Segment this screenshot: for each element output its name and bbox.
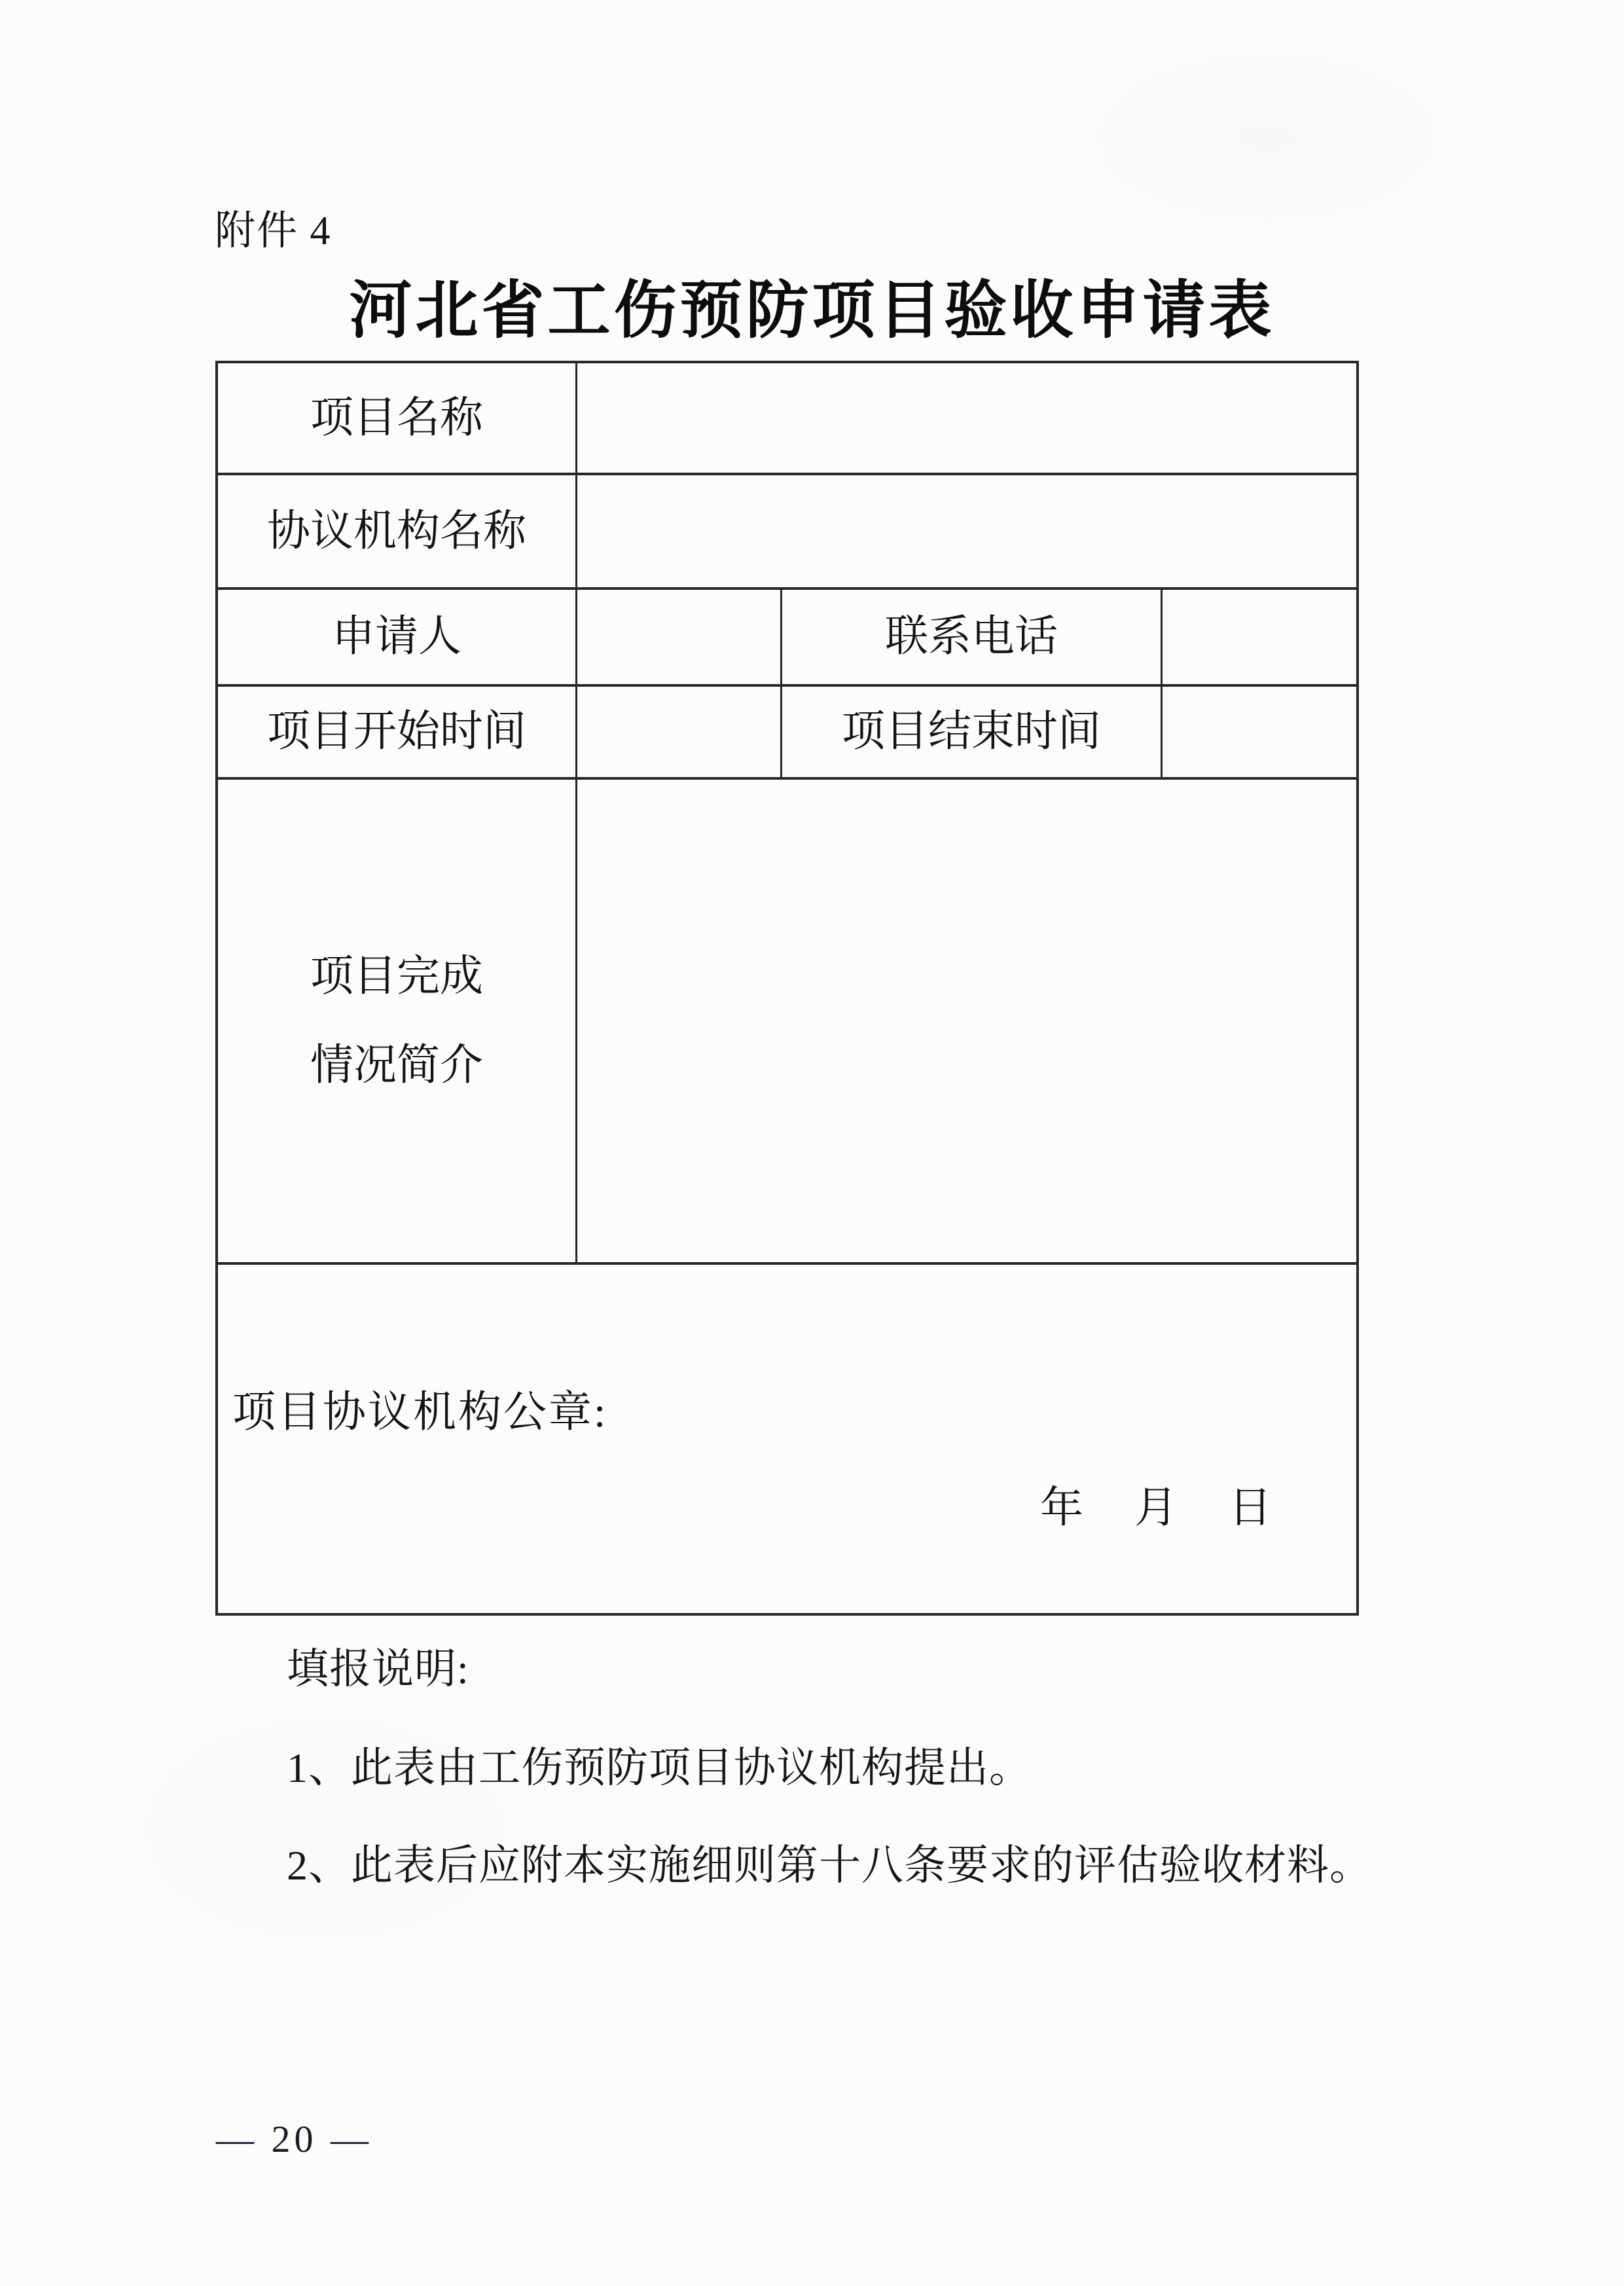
project-completion-summary-value-cell <box>577 780 1356 1265</box>
filling-instruction-item-1: 1、此表由工伤预防项目协议机构提出。 <box>287 1743 1386 1794</box>
seal-label: 项目协议机构公章: <box>232 1387 607 1438</box>
applicant-label: 申请人 <box>218 590 577 687</box>
page-number: — 20 — <box>216 2117 372 2161</box>
date-day-label: 日 <box>1229 1482 1272 1534</box>
date-month-label: 月 <box>1134 1482 1178 1534</box>
project-end-time-label: 项目结束时间 <box>782 687 1163 780</box>
project-completion-summary-label-line2: 情况简介 <box>310 1040 483 1091</box>
agreement-org-name-value-cell <box>577 475 1356 590</box>
date-year-label: 年 <box>1040 1482 1083 1534</box>
project-start-time-label: 项目开始时间 <box>218 687 577 780</box>
contact-phone-label: 联系电话 <box>782 590 1163 687</box>
date-line: 年 月 日 <box>1040 1482 1272 1534</box>
applicant-value-cell <box>577 590 782 687</box>
project-name-value-cell <box>577 363 1356 475</box>
seal-cell: 项目协议机构公章: 年 月 日 <box>218 1265 1356 1613</box>
filling-instruction-item-2: 2、此表后应附本实施细则第十八条要求的评估验收材料。 <box>287 1841 1386 1891</box>
filling-instructions-heading: 填报说明: <box>287 1644 1386 1695</box>
application-form-table: 项目名称 协议机构名称 申请人 联系电话 项目开始时间 项目结束时间 项目完成 … <box>215 361 1359 1616</box>
filling-instructions: 填报说明: 1、此表由工伤预防项目协议机构提出。 2、此表后应附本实施细则第十八… <box>287 1644 1386 1938</box>
attachment-label: 附件 4 <box>215 208 332 255</box>
contact-phone-value-cell <box>1163 590 1356 687</box>
page-title: 河北省工伤预防项目验收申请表 <box>0 276 1624 346</box>
project-completion-summary-label-line1: 项目完成 <box>310 951 483 1002</box>
project-name-label: 项目名称 <box>218 363 577 475</box>
project-start-time-value-cell <box>577 687 782 780</box>
project-completion-summary-label: 项目完成 情况简介 <box>218 780 577 1265</box>
agreement-org-name-label: 协议机构名称 <box>218 475 577 590</box>
project-end-time-value-cell <box>1163 687 1356 780</box>
document-page: 附件 4 河北省工伤预防项目验收申请表 项目名称 协议机构名称 申请人 联系电话… <box>0 0 1624 2286</box>
